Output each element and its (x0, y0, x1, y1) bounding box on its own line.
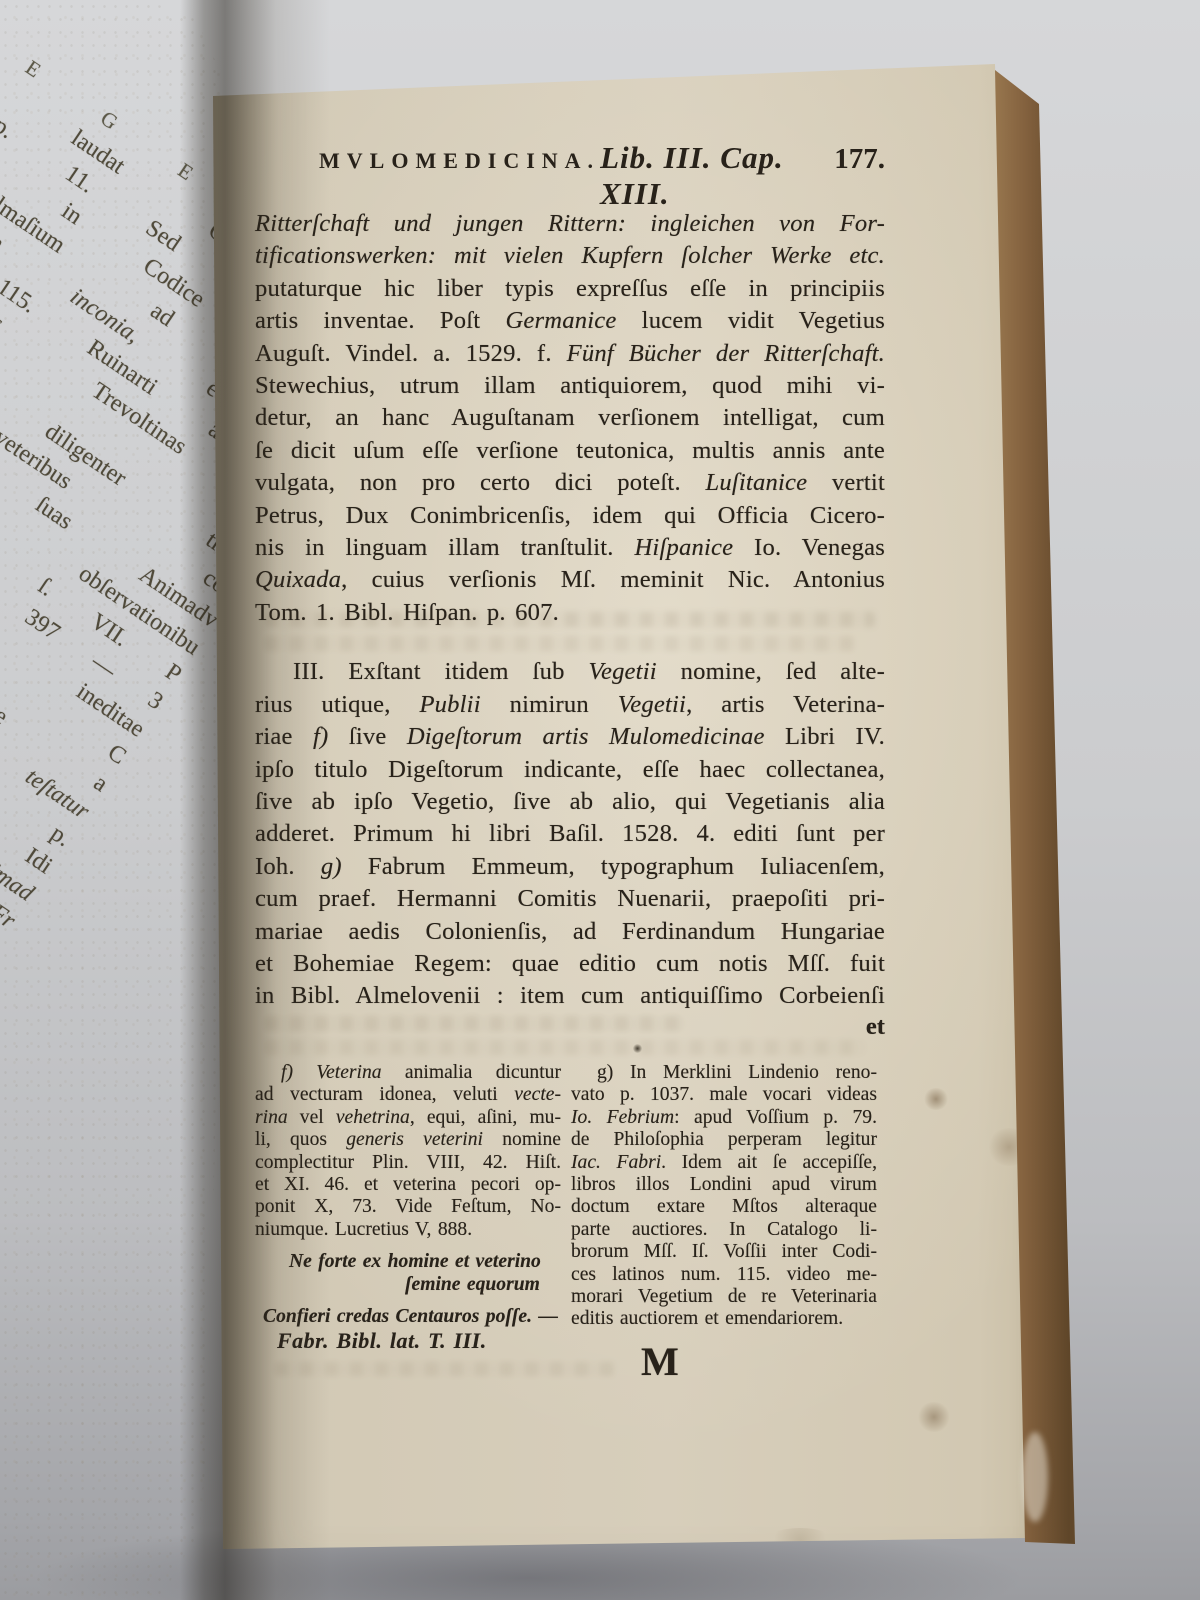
stain-spot (467, 40, 507, 66)
text-line: ad vecturam idonea, veluti vecte- (255, 1084, 561, 1106)
catchword: et (255, 1013, 885, 1041)
text-line: Auguſt. Vindel. a. 1529. f. Fünf Bücher … (255, 338, 885, 370)
text-line: Io. Febrium: apud Voſſium p. 79. (571, 1107, 877, 1129)
left-page-text: V E G E T I Iactam, laudat Gilbertus Buſ… (0, 0, 232, 1261)
text-line: brorum Mſſ. Iſ. Voſſii inter Codi- (571, 1241, 877, 1263)
stain-spot (923, 1088, 949, 1110)
text-line: rina vel vehetrina, equi, aſini, mu- (255, 1107, 561, 1129)
text-line: in Bibl. Almelovenii : item cum antiquiſ… (255, 980, 885, 1012)
text-line: g) In Merklini Lindenio reno- (571, 1062, 877, 1084)
text-line: detur, an hanc Auguſtanam verſionem inte… (255, 402, 885, 434)
text-line: cum praef. Hermanni Comitis Nuenarii, pr… (255, 883, 885, 915)
page-number: 177. (834, 143, 885, 176)
chapter-heading: Lib. III. Cap. XIII. (600, 140, 822, 212)
text-line: Tom. 1. Bibl. Hiſpan. p. 607. (255, 597, 885, 629)
text-line: doctum extare Mſtos alteraque (571, 1196, 877, 1218)
text-line: ſemine equorum (255, 1274, 561, 1296)
text-line: Confieri credas Centauros poſſe. — (255, 1306, 561, 1328)
signature-mark: M (641, 1338, 679, 1385)
running-title: MVLOMEDICINA. (319, 148, 600, 174)
text-line: riae f) ſive Digeſtorum artis Mulomedici… (255, 721, 885, 753)
stain-spot (987, 1128, 1031, 1166)
text-line: morari Vegetium de re Veterinaria (571, 1286, 877, 1308)
page-header: MVLOMEDICINA. Lib. III. Cap. XIII. 177. (255, 140, 885, 212)
left-page: V E G E T I Iactam, laudat Gilbertus Buſ… (0, 0, 232, 1600)
text-line: Fabr. Bibl. lat. T. III. (255, 1328, 561, 1354)
show-through-smudge (265, 1040, 865, 1055)
text-line: Iac. Fabri. Idem ait ſe accepiſſe, (571, 1152, 877, 1174)
footnote-column-right: g) In Merklini Lindenio reno-vato p. 103… (571, 1062, 877, 1331)
text-line: et XI. 46. et veterina pecori op- (255, 1174, 561, 1196)
text-line: tificationswerken: mit vielen Kupfern ſo… (255, 240, 885, 272)
text-line: ponit X, 73. Vide Feſtum, No- (255, 1196, 561, 1218)
text-line: parte auctiores. In Catalogo li- (571, 1219, 877, 1241)
text-line: complectitur Plin. VIII, 42. Hiſt. (255, 1152, 561, 1174)
text-line: mariae aedis Colonienſis, ad Ferdinandum… (255, 916, 885, 948)
text-line: vato p. 1037. male vocari videas (571, 1084, 877, 1106)
text-line: Ne forte ex homine et veterino (255, 1251, 561, 1273)
text-line: III. Exſtant itidem ſub Vegetii nomine, … (255, 656, 885, 688)
text-line: putaturque hic liber typis expreſſus eſſ… (255, 273, 885, 305)
photo-background: V E G E T I Iactam, laudat Gilbertus Buſ… (0, 0, 1200, 1600)
text-line: niumque. Lucretius V, 888. (255, 1219, 561, 1241)
text-line: Ritterſchaft und jungen Rittern: ingleic… (255, 208, 885, 240)
text-line: Quixada, cuius verſionis Mſ. meminit Nic… (255, 564, 885, 596)
text-line: ces latinos num. 115. video me- (571, 1264, 877, 1286)
right-page: MVLOMEDICINA. Lib. III. Cap. XIII. 177. … (205, 0, 1045, 1580)
text-line: editis auctiorem et emendariorem. (571, 1308, 877, 1330)
text-line: Petrus, Dux Conimbricenſis, idem qui Off… (255, 500, 885, 532)
text-line: ipſo titulo Digeſtorum indicante, eſſe h… (255, 754, 885, 786)
stain-spot (917, 1402, 951, 1432)
text-line: li, quos generis veterini nomine (255, 1129, 561, 1151)
ink-speck (633, 1044, 642, 1053)
text-line: et Bohemiae Regem: quae editio cum notis… (255, 948, 885, 980)
footnote-column-left: f) Veterina animalia dicunturad vecturam… (255, 1062, 561, 1354)
main-text: Ritterſchaft und jungen Rittern: ingleic… (255, 208, 885, 1013)
text-line: vulgata, non pro certo dici poteſt. Luſi… (255, 467, 885, 499)
text-line: libros illos Londini apud virum (571, 1174, 877, 1196)
text-line: de Philoſophia perperam legitur (571, 1129, 877, 1151)
text-line: f) Veterina animalia dicuntur (255, 1062, 561, 1084)
text-line: artis inventae. Poſt Germanice lucem vid… (255, 305, 885, 337)
text-line: rius utique, Publii nimirun Vegetii, art… (255, 689, 885, 721)
text-line: nis in linguam illam tranſtulit. Hiſpani… (255, 532, 885, 564)
show-through-smudge (275, 1362, 615, 1376)
text-line: ſe dicit uſum eſſe verſione teutonica, m… (255, 435, 885, 467)
text-line: adderet. Primum hi libri Baſil. 1528. 4.… (255, 818, 885, 850)
text-line: ſive ab ipſo Vegetio, ſive ab alio, qui … (255, 786, 885, 818)
text-line: Stewechius, utrum illam antiquiorem, quo… (255, 370, 885, 402)
text-line: Ioh. g) Fabrum Emmeum, typographum Iulia… (255, 851, 885, 883)
